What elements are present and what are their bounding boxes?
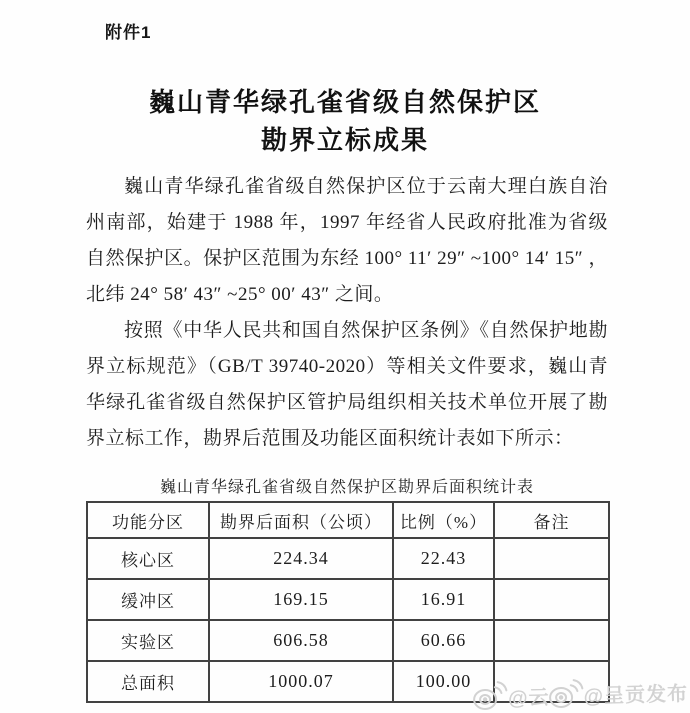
weibo-icon — [470, 679, 509, 713]
zone-cell: 缓冲区 — [87, 579, 209, 620]
document-body: 巍山青华绿孔雀省级自然保护区位于云南大理白族自治州南部，始建于 1988 年，1… — [86, 169, 608, 457]
weibo-icon — [545, 677, 584, 712]
header-area: 勘界后面积（公顷） — [209, 502, 393, 538]
paragraph-basis: 按照《中华人民共和国自然保护区条例》《自然保护地勘界立标规范》（GB/T 397… — [86, 313, 608, 457]
header-note: 备注 — [494, 502, 609, 538]
watermark-text-second: @呈贡发布 — [583, 677, 688, 709]
zone-cell: 总面积 — [87, 661, 209, 702]
watermark-text-first: @云 — [508, 680, 550, 710]
ratio-cell: 16.91 — [393, 579, 494, 620]
header-ratio: 比例（%） — [393, 502, 494, 538]
table-header-row: 功能分区 勘界后面积（公顷） 比例（%） 备注 — [87, 502, 609, 538]
weibo-watermark: @云 @呈贡发布 — [470, 674, 689, 713]
note-cell — [494, 620, 609, 661]
area-cell: 224.34 — [209, 538, 393, 579]
document-page: 附件1 巍山青华绿孔雀省级自然保护区 勘界立标成果 巍山青华绿孔雀省级自然保护区… — [0, 0, 690, 713]
area-cell: 1000.07 — [209, 661, 393, 702]
table-caption: 巍山青华绿孔雀省级自然保护区勘界后面积统计表 — [86, 474, 608, 497]
paragraph-intro: 巍山青华绿孔雀省级自然保护区位于云南大理白族自治州南部，始建于 1988 年，1… — [86, 169, 608, 313]
table-row: 实验区 606.58 60.66 — [87, 620, 609, 661]
document-title-line1: 巍山青华绿孔雀省级自然保护区 — [0, 84, 690, 122]
zone-cell: 核心区 — [87, 538, 209, 579]
area-cell: 606.58 — [209, 620, 393, 661]
document-title: 巍山青华绿孔雀省级自然保护区 勘界立标成果 — [0, 84, 690, 160]
area-statistics-table: 功能分区 勘界后面积（公顷） 比例（%） 备注 核心区 224.34 22.43… — [86, 501, 610, 703]
note-cell — [494, 538, 609, 579]
document-title-line2: 勘界立标成果 — [0, 122, 690, 160]
ratio-cell: 60.66 — [393, 620, 494, 661]
zone-cell: 实验区 — [87, 620, 209, 661]
ratio-cell: 22.43 — [393, 538, 494, 579]
note-cell — [494, 579, 609, 620]
header-zone: 功能分区 — [87, 502, 209, 538]
area-cell: 169.15 — [209, 579, 393, 620]
attachment-label: 附件1 — [105, 18, 151, 43]
table-row: 核心区 224.34 22.43 — [87, 538, 609, 579]
table-row: 缓冲区 169.15 16.91 — [87, 579, 609, 620]
